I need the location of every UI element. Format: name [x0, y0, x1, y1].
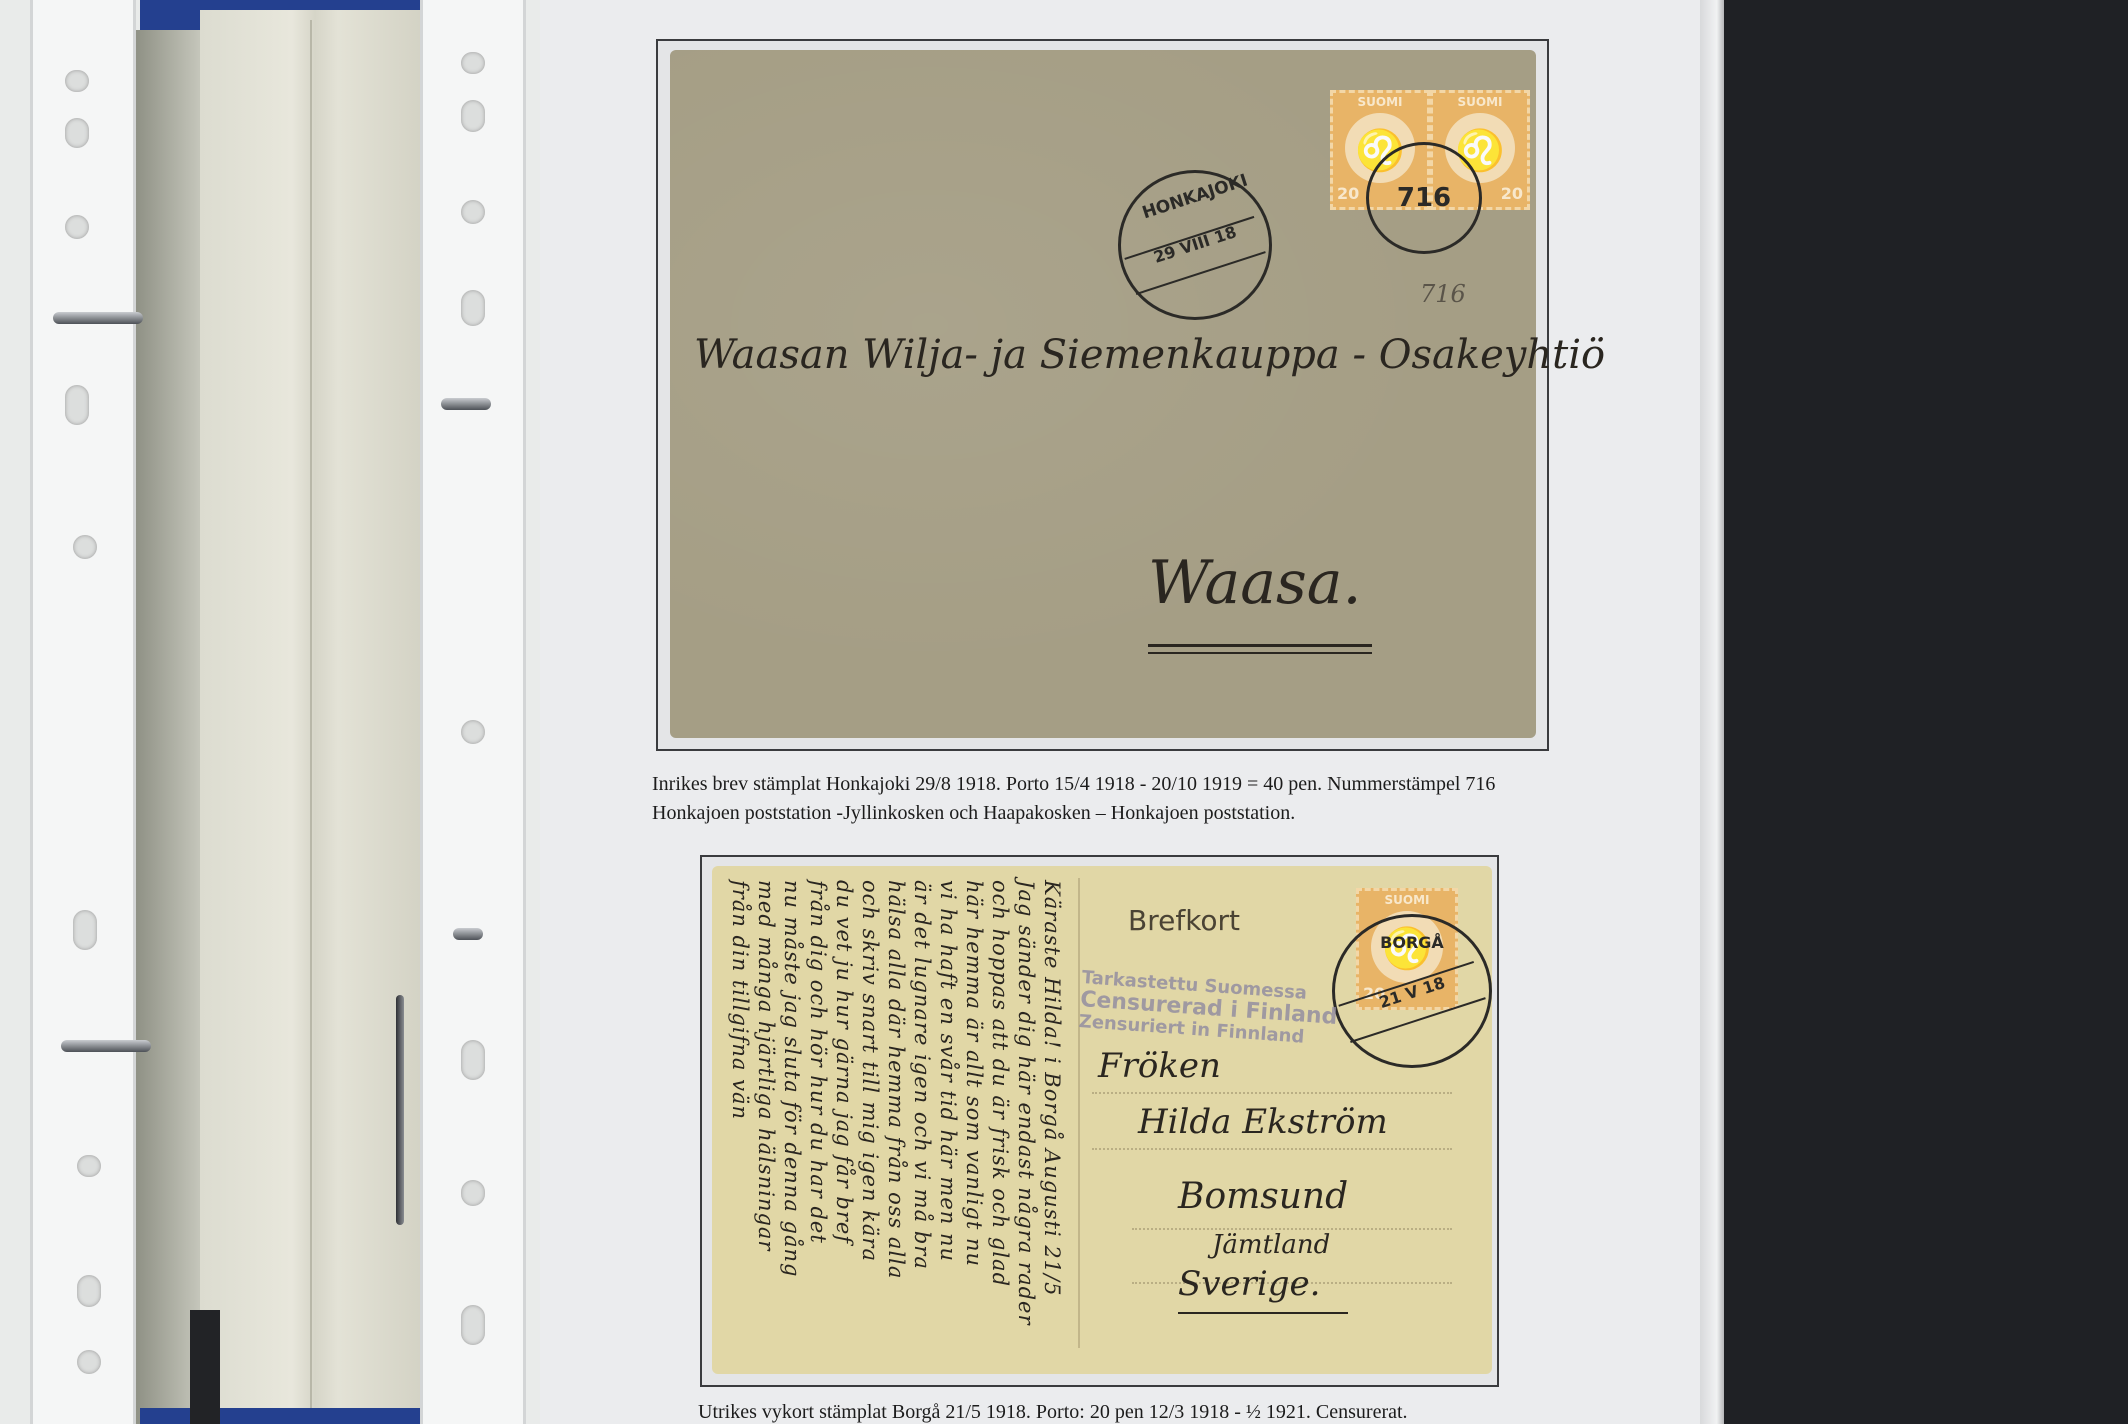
postcard: Käraste Hilda! i Borgå Augusti 21/5Jag s… [712, 866, 1492, 1374]
divider-line [1078, 878, 1080, 1348]
postcard-address-line5: Sverige. [1178, 1264, 1320, 1304]
binder-ring [441, 398, 491, 410]
message-line: Käraste Hilda! i Borgå Augusti 21/5 [1040, 880, 1064, 1296]
message-line: vi ha haft en svår tid här men nu [936, 880, 960, 1262]
punch-hole [461, 200, 485, 224]
envelope: SUOMI ♌ 20 SUOMI ♌ 20 716 HONKAJOKI 29 V… [670, 50, 1536, 738]
punch-hole [461, 52, 485, 74]
stamp-country: SUOMI [1359, 893, 1455, 907]
punch-hole [77, 1155, 101, 1177]
message-line: och skriv snart till mig igen kära [858, 880, 882, 1262]
message-line: nu måste jag sluta för denna gång [780, 880, 804, 1277]
caption-line: Honkajoen poststation -Jyllinkosken och … [652, 799, 1572, 828]
stamp-value: 20 [1501, 184, 1523, 203]
postcard-message-area: Käraste Hilda! i Borgå Augusti 21/5Jag s… [712, 866, 1072, 1374]
stamp-country: SUOMI [1333, 95, 1427, 109]
underline [1178, 1312, 1348, 1314]
postcard-address-line3: Bomsund [1178, 1176, 1348, 1217]
punch-hole [461, 720, 485, 744]
punch-hole [461, 1040, 485, 1080]
binder-ring [453, 928, 483, 940]
postcard-address-line4: Jämtland [1212, 1230, 1330, 1260]
binder-ring [61, 1040, 151, 1052]
postcard-address-line1: Fröken [1098, 1046, 1221, 1086]
punch-hole [65, 215, 89, 239]
binder-shadow [130, 30, 205, 1424]
punch-hole [461, 1180, 485, 1206]
message-line: med många hjärtliga hälsningar [754, 880, 778, 1251]
punch-hole [65, 118, 89, 148]
envelope-address-line1: Waasan Wilja- ja Siemenkauppa - Osakeyht… [694, 332, 1605, 378]
message-line: Jag sänder dig här endast några rader [1014, 880, 1038, 1326]
punch-hole [77, 1275, 101, 1307]
message-line: från din tillgifna vän [728, 880, 752, 1120]
punch-hole [461, 290, 485, 326]
envelope-address-city: Waasa. [1148, 548, 1362, 618]
punch-hole [65, 385, 89, 425]
punch-hole [461, 100, 485, 132]
number-cancel: 716 [1366, 142, 1482, 254]
message-line: från dig och hör hur du har det [806, 880, 830, 1244]
message-line: är det lugnare igen och vi må bra [910, 880, 934, 1270]
punch-hole [77, 1350, 101, 1374]
punch-hole [461, 1305, 485, 1345]
message-line: här hemma är allt som vanligt nu [962, 880, 986, 1267]
message-line: hälsa alla där hemma från oss alla [884, 880, 908, 1279]
sleeve-strip-right [420, 0, 526, 1424]
binder-ring-bar [396, 995, 404, 1225]
message-line: du vet ju hur gärna jag får bref [832, 880, 856, 1244]
punch-hole [73, 535, 97, 559]
sleeve-strip-left [30, 0, 136, 1424]
underline [1148, 652, 1372, 654]
message-line: och hoppas att du är frisk och glad [988, 880, 1012, 1287]
binder-cover-blue-bottom [140, 1408, 440, 1424]
postcard-heading: Brefkort [1128, 904, 1240, 937]
punch-hole [65, 70, 89, 92]
postcard-caption: Utrikes vykort stämplat Borgå 21/5 1918.… [698, 1398, 1618, 1424]
address-line [1092, 1092, 1452, 1094]
pencil-note: 716 [1420, 280, 1466, 308]
envelope-caption: Inrikes brev stämplat Honkajoki 29/8 191… [652, 770, 1572, 828]
postcard-address-line2: Hilda Ekström [1138, 1102, 1388, 1142]
stamp-country: SUOMI [1433, 95, 1527, 109]
postmark-honkajoki: HONKAJOKI 29 VIII 18 [1118, 170, 1272, 320]
dark-background [1724, 0, 2128, 1424]
underline [1148, 644, 1372, 647]
binder-clip [190, 1310, 220, 1424]
binder-ring [53, 312, 143, 324]
stamp-value: 20 [1337, 184, 1359, 203]
caption-line: Utrikes vykort stämplat Borgå 21/5 1918.… [698, 1398, 1618, 1424]
address-line [1092, 1148, 1452, 1150]
censor-stamp: Tarkastettu Suomessa Censurerad i Finlan… [1078, 967, 1340, 1051]
postmark-borga: BORGÅ 21 V 18 [1332, 914, 1492, 1068]
spine-seam [310, 20, 312, 1424]
page-edge [1700, 0, 1724, 1424]
caption-line: Inrikes brev stämplat Honkajoki 29/8 191… [652, 770, 1572, 799]
punch-hole [73, 910, 97, 950]
